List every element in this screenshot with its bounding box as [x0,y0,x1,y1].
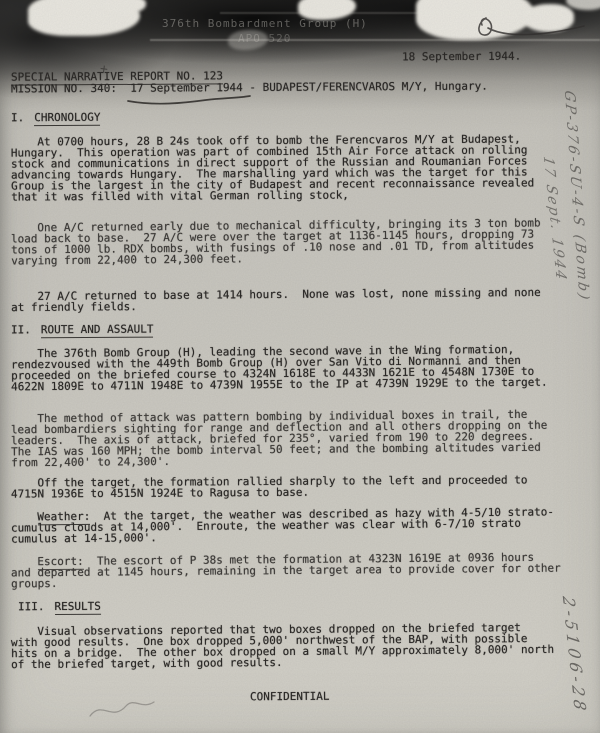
pencil-squiggle [86,694,158,724]
section-number: III. [18,600,45,613]
scanned-report-page: 376th Bombardment Group (H) APO 520 + 18… [0,0,600,733]
section-title: RESULTS [54,600,100,615]
section-heading-chronology: I.CHRONOLOGY [11,113,101,124]
paragraph: 27 A/C returned to base at 1414 hours. N… [11,288,541,314]
classification-stamp: CONFIDENTIAL [250,692,330,703]
escort-text: The escort of P 38s met the formation at… [11,551,561,590]
escort-paragraph: Escort: The escort of P 38s met the form… [11,553,561,591]
paragraph: Off the target, the formation rallied sh… [11,475,528,500]
paragraph: Visual observations reported that two bo… [11,623,554,671]
paragraph: One A/C returned early due to mechanical… [11,218,541,267]
section-heading-results: III.RESULTS [18,602,101,613]
section-heading-route-and-assault: II.ROUTE AND ASSAULT [11,325,154,337]
paragraph: At 0700 hours, 28 B 24s took off to bomb… [11,134,535,203]
paragraph: The 376th Bomb Group (H), leading the se… [11,345,548,393]
section-title: CHRONOLOGY [34,111,100,126]
handwritten-squiggle [472,8,592,44]
margin-note-file-date: 17 Sept. 1944 [540,155,569,282]
report-date: 18 September 1944. [402,52,521,64]
section-title: ROUTE AND ASSAULT [41,323,154,338]
letterhead-apo: APO 520 [238,32,291,45]
weather-text: At the target, the weather was described… [11,505,554,545]
paragraph: The method of attack was pattern bombing… [11,410,548,469]
torn-paper-blob [104,0,146,14]
weather-paragraph: Weather: At the target, the weather was … [11,507,554,545]
section-number: I. [11,111,24,124]
margin-note-frame-code: 2-5106-28 [559,595,591,715]
letterhead-unit: 376th Bombardment Group (H) [162,17,368,30]
section-number: II. [11,323,31,336]
hand-underline [126,93,252,107]
